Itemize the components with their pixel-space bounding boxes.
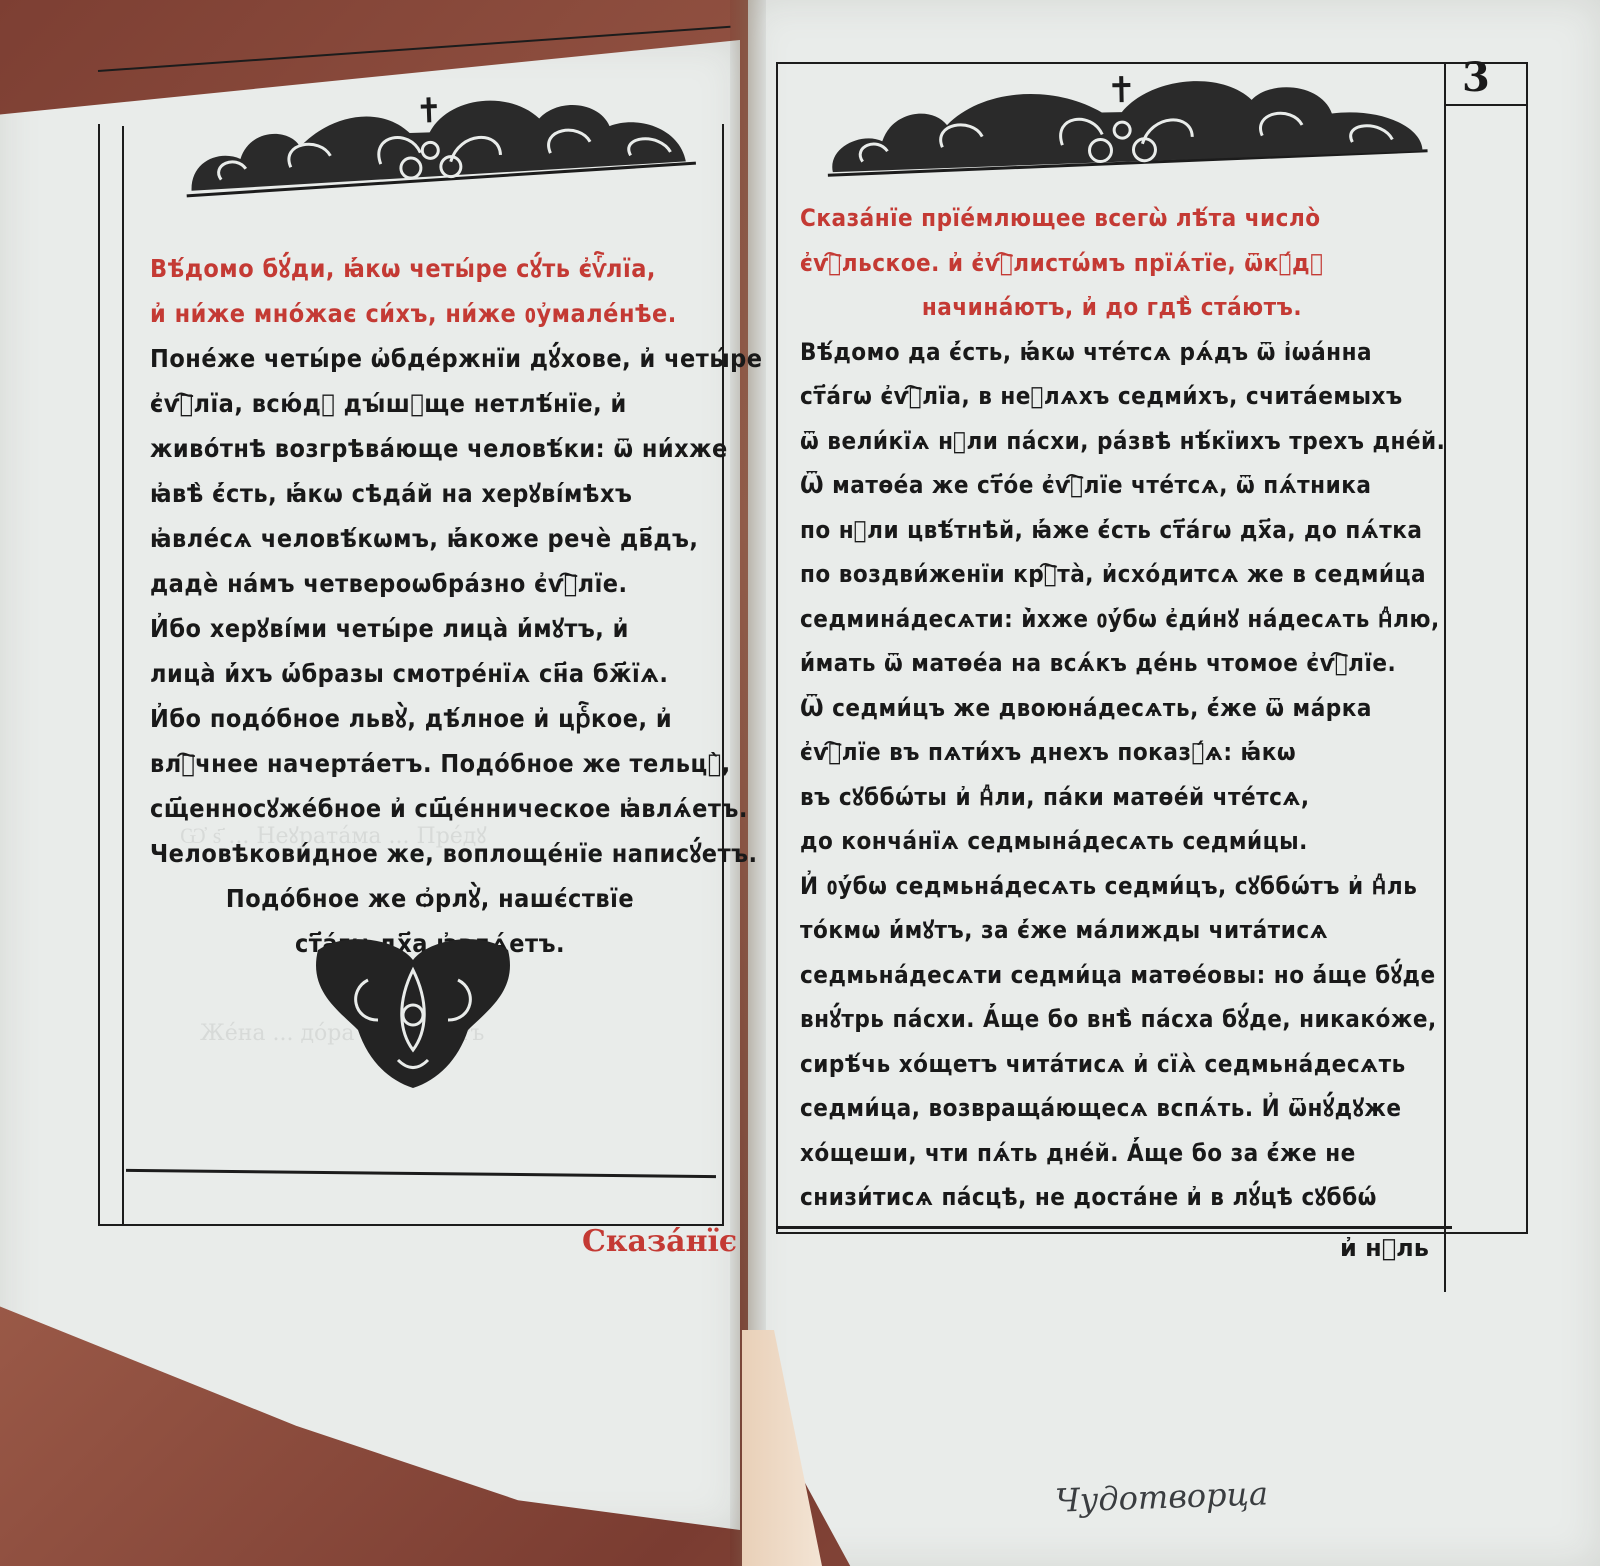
woodcut-headpiece-icon [178,83,701,201]
text-line: хо́щеши, чти пѧ́ть дне́й. А҆́ще бо за є҆… [800,1131,1424,1176]
text-line: въ сꙋббѡ́ты и҆ нⷣли, па́ки матѳе́й чте́т… [800,775,1424,820]
text-line: Ѿ седми́цъ же двоюна́десѧть, є҆́же ѿ ма́… [800,686,1424,731]
rubric-line: и҆ ни́же мно́жає си́хъ, ни́же ᲂу҆мале́нѣ… [150,291,710,336]
page-number: 3 [1462,54,1490,101]
text-line: є҆ѵⷢ҇лїе въ пѧти́хъ днехъ показꙋ́ѧ: ꙗ҆́к… [800,730,1424,775]
right-bottom-rule [776,1226,1452,1229]
text-line: И҆бо херꙋві́ми четы́ре лица̀ и҆́мꙋтъ, и҆ [150,606,710,651]
catchword: и҆ нⷣль [1340,1234,1429,1262]
text-line: Вѣ́домо да є҆́сть, ꙗ҆́кѡ чте́тсѧ рѧ́дъ ѿ… [800,330,1424,375]
text-line: по воздви́женїи крⷭ҇та̀, и҆схо́дитсѧ же … [800,552,1424,597]
text-line: є҆ѵⷢ҇лїа, всю́дꙋ дꙑ́шꙋще нетлѣ́нїе, и҆ [150,381,710,426]
text-line: седмина́десѧти: и҆̀хже ᲂу҆́бѡ є҆ди́нꙋ на… [800,597,1424,642]
text-line: то́кмѡ и҆́мꙋтъ, за є҆́же ма́лижды чита́т… [800,908,1424,953]
text-line: И҆бо подо́бное львꙋ̀, дѣ́лное и҆ црⷭ҇кое… [150,696,710,741]
text-line: внꙋ́трь па́схи. А҆́ще бо внѣ̀ па́сха бꙋ́… [800,997,1424,1042]
left-page-text: Вѣ́домо бꙋ́ди, ꙗ҆́кѡ четы́ре сꙋ́ть є҆ѵⷢ҇… [150,246,710,966]
title-line: Сказа́нїе прїе́млющее всегѡ̀ лѣ́та число… [800,196,1424,241]
text-line: ꙗ҆вѣ̀ є҆́сть, ꙗ҆́кѡ сѣда́й на херꙋві́мѣх… [150,471,710,516]
text-line: Подо́бное же ѻ҆рлꙋ̀, нашє́ствїе [150,876,710,921]
left-inner-rule [122,126,124,1226]
text-line: И҆ ᲂу҆́бѡ седмьна́десѧть седми́цъ, сꙋббѡ… [800,864,1424,909]
text-line: сирѣ́чь хо́щетъ чита́тисѧ и҆ сїѧ̀ седмьн… [800,1042,1424,1087]
rubric-line: Вѣ́домо бꙋ́ди, ꙗ҆́кѡ четы́ре сꙋ́ть є҆ѵⷢ҇… [150,246,710,291]
text-line: сщ҃енносꙋже́бное и҆ сщ҃е́нническое ꙗ҆влѧ… [150,786,710,831]
handwritten-note: Чудотворца [1054,1474,1268,1519]
catchword: Сказа́нїє [582,1224,737,1259]
text-line: Ѿ матѳе́а же ст҃о́е є҆ѵⷢ҇лїе чте́тсѧ, ѿ … [800,463,1424,508]
text-line: до конча́нїѧ седмына́десѧть седми́цы. [800,819,1424,864]
text-line: живо́тнѣ возгрѣва́юще человѣ́ки: ѿ ни́хж… [150,426,710,471]
right-inner-rule [1444,62,1446,1292]
text-line: ст҃а́гѡ є҆ѵⷢ҇лїа, в неⷣлѧхъ седми́хъ, сч… [800,374,1424,419]
text-line: влⷭ҇чнее начерта́етъ. Подо́бное же тельц… [150,741,710,786]
title-line: начина́ютъ, и҆ до гдѣ̀ ста́ютъ. [800,285,1424,330]
text-line: Поне́же четы́ре ѡ҆бде́ржнїи дꙋ́хове, и҆ … [150,336,710,381]
text-line: Человѣкови́дное же, воплоще́нїе напис­ꙋ́… [150,831,710,876]
text-line: седмьна́десѧти седми́ца матѳе́овы: но а҆… [800,953,1424,998]
text-line: снизи́тисѧ па́сцѣ, не доста́не и҆ в лꙋ́ц… [800,1175,1424,1220]
text-line: седми́ца, возвраща́ющесѧ вспѧ́ть. И҆ ѿнꙋ… [800,1086,1424,1131]
text-line: ѿ вели́кїѧ нⷣли па́схи, ра́звѣ нѣ́кїихъ … [800,419,1424,464]
text-line: ꙗ҆вле́сѧ человѣ́кѡмъ, ꙗ҆́коже речѐ дв҃дъ… [150,516,710,561]
text-line: дадѐ на́мъ четвероѡбра́зно є҆ѵⷢ҇лїе. [150,561,710,606]
right-page-text: Сказа́нїе прїе́млющее всегѡ̀ лѣ́та число… [800,196,1424,1220]
woodcut-tailpiece-icon [308,930,518,1090]
woodcut-headpiece-icon [821,67,1435,178]
text-line: и҆́мать ѿ матѳе́а на всѧ́къ де́нь чтомое… [800,641,1424,686]
text-line: лица̀ и҆́хъ ѡ҆́бразы смотре́нїѧ сн҃а бж҃… [150,651,710,696]
text-line: по нⷣли цвѣ́тнѣй, ꙗ҆́же є҆́сть ст҃а́гѡ д… [800,508,1424,553]
title-line: є҆ѵⷢ҇льское. и҆ є҆ѵⷢ҇листѡ́мъ прїѧ́тїе, … [800,241,1424,286]
